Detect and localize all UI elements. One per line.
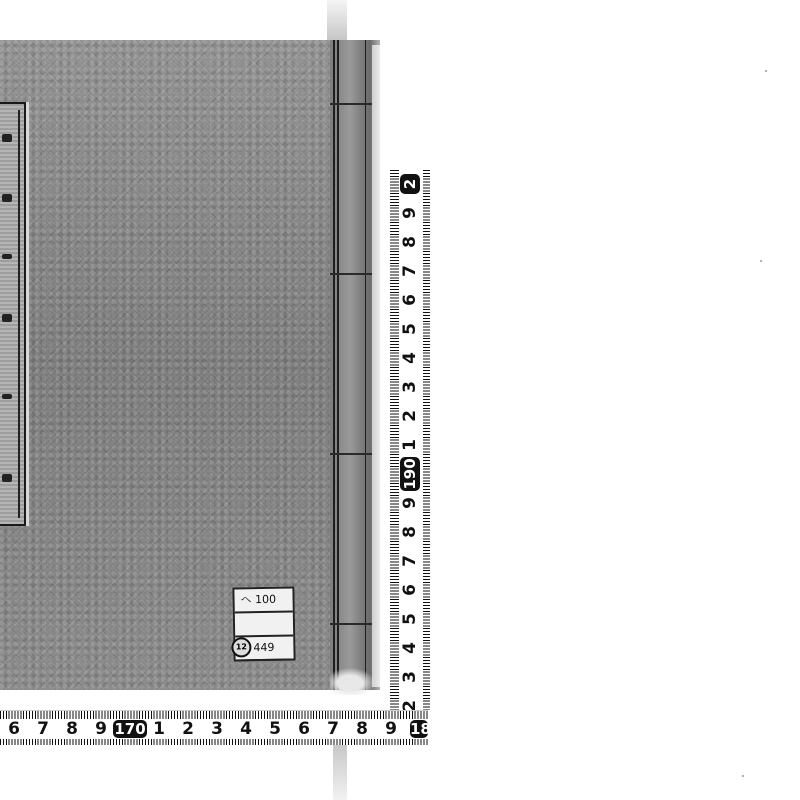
title-character	[2, 474, 12, 482]
ruler-label: 190	[400, 457, 420, 491]
title-character	[2, 394, 12, 399]
ruler-label: 3	[207, 720, 227, 738]
ruler-label: 2	[400, 174, 420, 194]
label-blank-row	[235, 612, 293, 637]
ruler-label: 8	[400, 232, 420, 252]
ruler-label: 170	[113, 720, 147, 738]
ruler-label: 3	[400, 667, 420, 687]
ruler-label: 9	[91, 720, 111, 738]
ruler-label: 8	[400, 522, 420, 542]
book-cover: ヘ 100 449 12	[0, 40, 335, 690]
ruler-label: 4	[236, 720, 256, 738]
scan-speck	[760, 260, 762, 262]
ruler-label: 7	[323, 720, 343, 738]
title-slip	[0, 102, 26, 526]
ruler-label: 3	[400, 377, 420, 397]
vertical-ruler: 298765432119098765432	[390, 170, 430, 710]
binding-line	[337, 40, 339, 690]
ruler-label: 7	[400, 551, 420, 571]
ruler-label: 9	[381, 720, 401, 738]
ruler-label: 5	[265, 720, 285, 738]
title-character	[2, 314, 12, 322]
ruler-label: 2	[178, 720, 198, 738]
title-character	[2, 254, 12, 259]
ruler-label: 9	[400, 203, 420, 223]
ruler-label: 7	[33, 720, 53, 738]
scan-speck	[765, 70, 767, 72]
ruler-ticks	[423, 170, 430, 710]
ruler-label: 4	[400, 638, 420, 658]
label-call-number: ヘ 100	[234, 588, 292, 613]
ruler-label: 1	[400, 435, 420, 455]
ruler-label: 6	[4, 720, 24, 738]
ruler-label: 5	[400, 319, 420, 339]
ruler-label: 6	[400, 580, 420, 600]
page-edge	[372, 45, 380, 687]
ruler-label: 18	[410, 720, 428, 738]
ruler-label: 6	[400, 290, 420, 310]
ruler-label: 8	[62, 720, 82, 738]
worn-corner	[330, 665, 380, 695]
ruler-ticks	[390, 170, 399, 710]
ruler-label: 5	[400, 609, 420, 629]
ruler-ticks	[0, 711, 428, 719]
library-label: ヘ 100 449 12	[232, 586, 295, 661]
ruler-label: 4	[400, 348, 420, 368]
ruler-label: 6	[294, 720, 314, 738]
horizontal-ruler: 678917012345678918	[0, 710, 428, 745]
binding-line	[365, 40, 366, 690]
ruler-label: 7	[400, 261, 420, 281]
title-character	[2, 134, 12, 142]
ruler-label: 9	[400, 493, 420, 513]
ruler-ticks	[0, 739, 428, 745]
spine-tab-bottom	[333, 745, 347, 800]
ruler-label: 1	[149, 720, 169, 738]
scan-speck	[742, 775, 744, 777]
ruler-label: 2	[400, 406, 420, 426]
title-character	[2, 194, 12, 202]
binding-line	[333, 40, 335, 690]
spine-tab-top	[327, 0, 347, 42]
ruler-label: 8	[352, 720, 372, 738]
